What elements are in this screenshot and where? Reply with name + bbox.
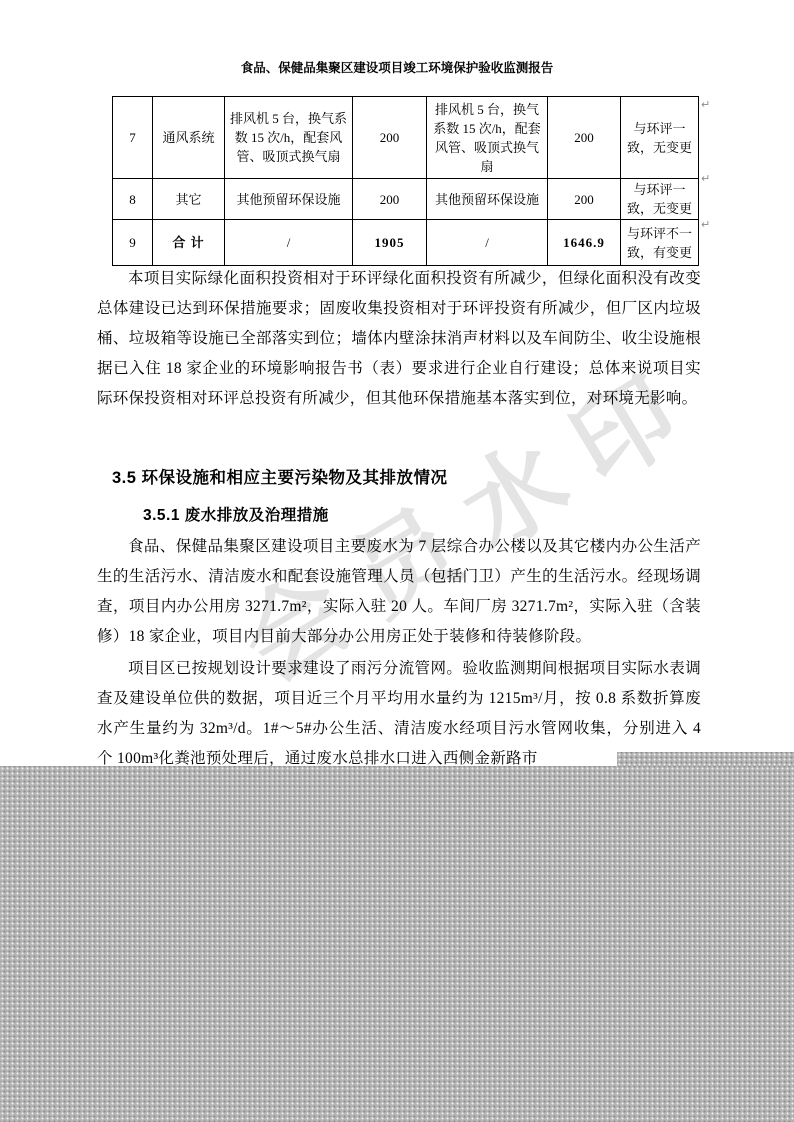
paragraph-wastewater-sources: 食品、保健品集聚区建设项目主要废水为 7 层综合办公楼以及其它楼内办公生活产生的… bbox=[97, 532, 701, 652]
unrendered-region bbox=[0, 766, 794, 1122]
cell-actual-content: 排风机 5 台，换气系数 15 次/h，配套风管、吸顶式换气扇 bbox=[427, 97, 548, 179]
paragraph-mark-icon: ↵ bbox=[701, 218, 710, 231]
cell-category: 合 计 bbox=[153, 220, 225, 266]
unrendered-region-notch bbox=[617, 752, 794, 767]
cell-actual-content: 其他预留环保设施 bbox=[427, 179, 548, 220]
table-row-7: 7 通风系统 排风机 5 台，换气系数 15 次/h，配套风管、吸顶式换气扇 2… bbox=[113, 97, 699, 179]
cell-actual-content: / bbox=[427, 220, 548, 266]
cell-comparison: 与环评不一致，有变更 bbox=[621, 220, 699, 266]
cell-ea-investment: 200 bbox=[353, 97, 427, 179]
cell-category: 通风系统 bbox=[153, 97, 225, 179]
cell-row-number: 9 bbox=[113, 220, 153, 266]
paragraph-mark-icon: ↵ bbox=[701, 98, 710, 111]
document-page: 会员水印 食品、保健品集聚区建设项目竣工环境保护验收监测报告 7 通风系统 排风… bbox=[0, 0, 794, 1122]
table-row-total: 9 合 计 / 1905 / 1646.9 与环评不一致，有变更 bbox=[113, 220, 699, 266]
cell-ea-investment: 200 bbox=[353, 179, 427, 220]
section-heading-3-5: 3.5 环保设施和相应主要污染物及其排放情况 bbox=[112, 464, 448, 488]
cell-row-number: 7 bbox=[113, 97, 153, 179]
cell-ea-content: 排风机 5 台，换气系数 15 次/h，配套风管、吸顶式换气扇 bbox=[225, 97, 353, 179]
page-header-title: 食品、保健品集聚区建设项目竣工环境保护验收监测报告 bbox=[0, 58, 794, 76]
cell-actual-investment: 200 bbox=[548, 97, 621, 179]
cell-category: 其它 bbox=[153, 179, 225, 220]
paragraph-investment-summary: 本项目实际绿化面积投资相对于环评绿化面积投资有所减少，但绿化面积没有改变总体建设… bbox=[97, 264, 701, 414]
cell-actual-investment: 1646.9 bbox=[548, 220, 621, 266]
cell-ea-content: / bbox=[225, 220, 353, 266]
cell-row-number: 8 bbox=[113, 179, 153, 220]
table-row-8: 8 其它 其他预留环保设施 200 其他预留环保设施 200 与环评一致，无变更 bbox=[113, 179, 699, 220]
section-heading-3-5-1: 3.5.1 废水排放及治理措施 bbox=[143, 503, 329, 525]
cell-actual-investment: 200 bbox=[548, 179, 621, 220]
paragraph-mark-icon: ↵ bbox=[701, 172, 710, 185]
cell-ea-investment: 1905 bbox=[353, 220, 427, 266]
paragraph-drainage-network: 项目区已按规划设计要求建设了雨污分流管网。验收监测期间根据项目实际水表调查及建设… bbox=[97, 654, 701, 774]
cell-ea-content: 其他预留环保设施 bbox=[225, 179, 353, 220]
environmental-facilities-table: 7 通风系统 排风机 5 台，换气系数 15 次/h，配套风管、吸顶式换气扇 2… bbox=[112, 96, 699, 266]
cell-comparison: 与环评一致，无变更 bbox=[621, 179, 699, 220]
cell-comparison: 与环评一致，无变更 bbox=[621, 97, 699, 179]
